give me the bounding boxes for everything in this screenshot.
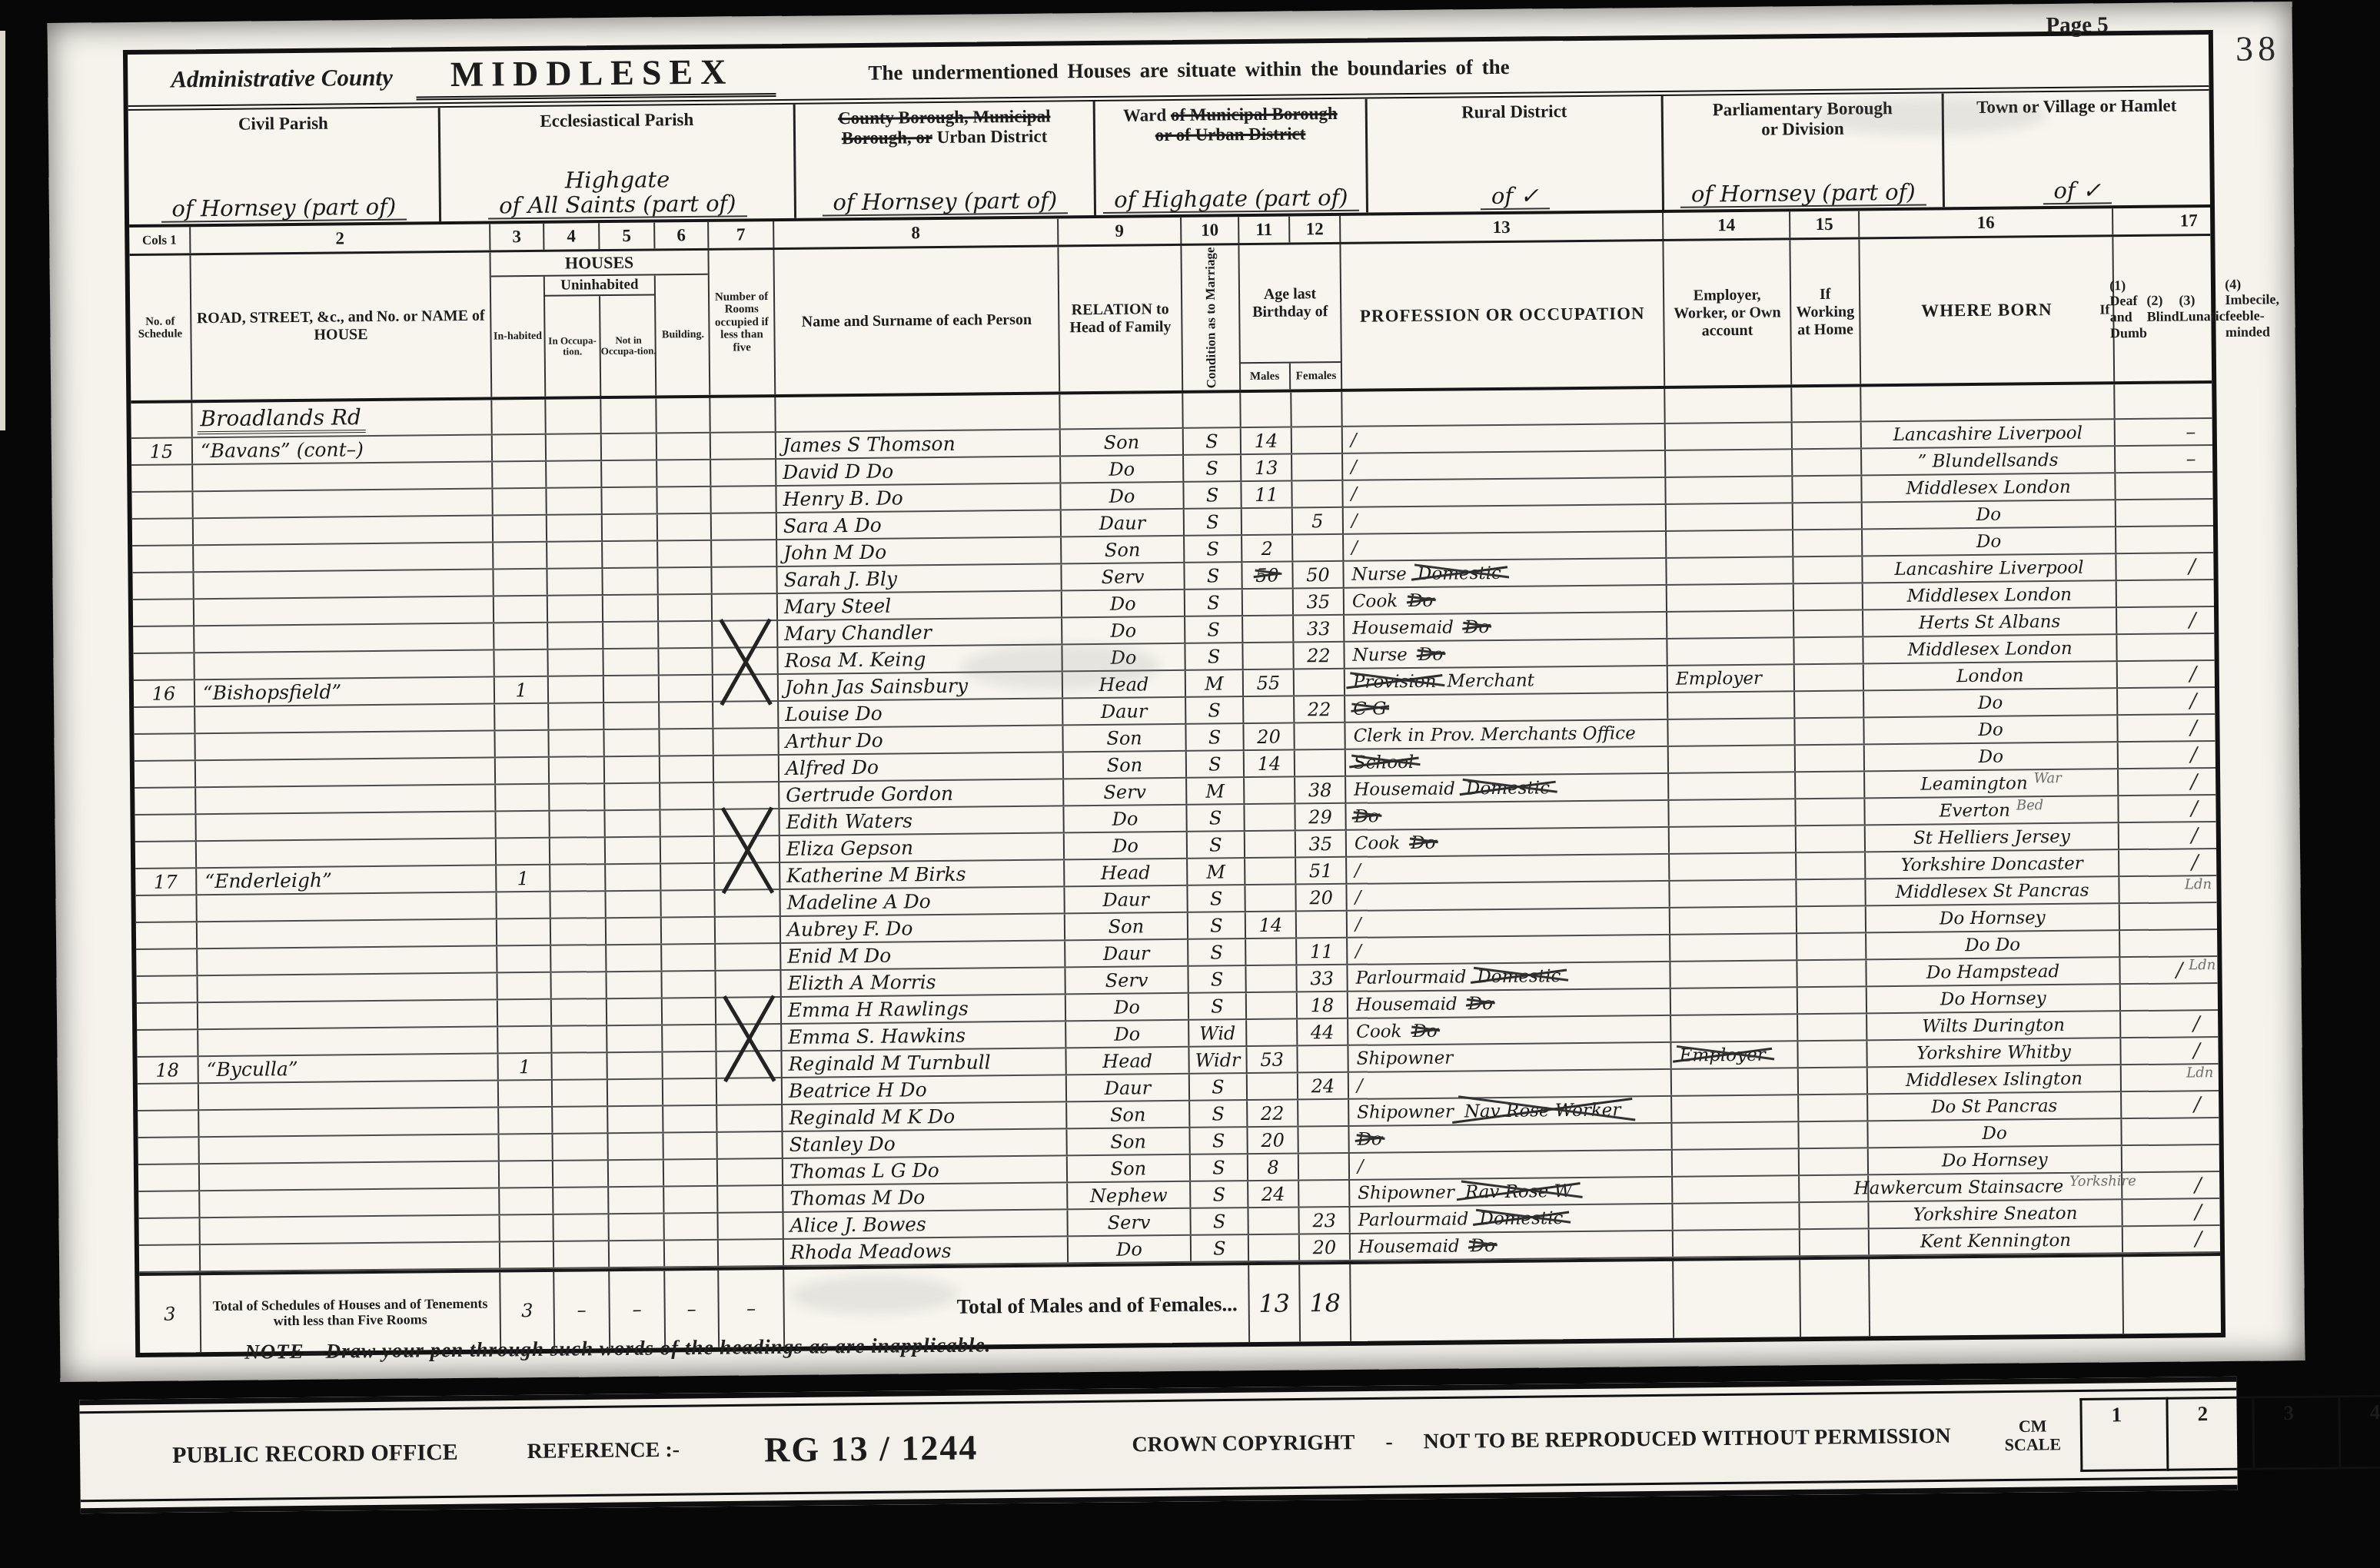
cell-house xyxy=(200,1134,500,1163)
cell-text-cond: S xyxy=(1212,1103,1225,1125)
cell-text-am: 20 xyxy=(1261,1129,1285,1151)
cell-cond: S xyxy=(1190,1128,1248,1154)
occupation-text: ∕ xyxy=(1355,941,1361,961)
cell-am xyxy=(1245,859,1296,885)
age-subcols: Males Females xyxy=(1240,361,1341,390)
cell-text-name: Edith Waters xyxy=(779,809,912,833)
where-born-text: Everton xyxy=(1940,800,2011,821)
cell-bld xyxy=(661,837,715,863)
region-label-line: or of Urban District xyxy=(1095,123,1365,145)
cell-house xyxy=(198,973,497,1002)
cell-bld xyxy=(663,998,716,1025)
scale-box-3: 3 xyxy=(2252,1395,2338,1470)
cell-text-af: 18 xyxy=(1311,995,1335,1016)
cell-rooms xyxy=(712,540,777,566)
street-row-cell-bld xyxy=(656,398,710,433)
cell-ahome xyxy=(1793,422,1862,448)
cell-af: 35 xyxy=(1296,831,1347,857)
cell-house xyxy=(198,946,497,975)
col-number-7: 7 xyxy=(709,221,774,248)
cell-sch xyxy=(136,949,198,975)
cell-text-cond: S xyxy=(1212,1184,1225,1205)
cell-uo xyxy=(551,919,607,945)
cell-ahome xyxy=(1800,1148,1869,1174)
cell-emp xyxy=(1668,692,1795,719)
infirmity-mark: Ldn xyxy=(2189,957,2215,973)
where-born-text: Do Hornsey xyxy=(1940,988,2046,1009)
cell-sch xyxy=(138,1111,199,1137)
cell-sch xyxy=(135,761,196,787)
cell-text-rel: Do xyxy=(1109,485,1135,507)
where-born-text: Kent Kennington xyxy=(1920,1230,2071,1251)
region-handwritten-value: of ✓ xyxy=(2043,178,2112,204)
cell-rel: Daur xyxy=(1065,886,1188,913)
cell-name: Katherine M Birks xyxy=(780,860,1065,889)
cell-sch xyxy=(132,546,194,572)
cell-emp xyxy=(1673,1203,1800,1230)
cell-inf: Ldn xyxy=(2119,875,2270,902)
cell-ahome xyxy=(1793,530,1863,556)
cell-am: 14 xyxy=(1246,912,1297,938)
cell-inf xyxy=(2121,983,2272,1010)
where-born-text: Middlesex London xyxy=(1906,477,2071,498)
cell-uo xyxy=(553,1134,608,1160)
cell-house xyxy=(200,1161,500,1190)
cell-text-name: Rhoda Meadows xyxy=(784,1240,952,1264)
cell-rel: Son xyxy=(1064,752,1187,779)
cell-emp: Employer xyxy=(1671,1041,1798,1068)
where-born-text: Do xyxy=(1979,746,2004,766)
cell-inf xyxy=(2117,580,2268,606)
cell-rel: Son xyxy=(1065,913,1188,940)
cell-text-rel: Serv xyxy=(1108,1211,1151,1234)
cell-name: Alice J. Bowes xyxy=(783,1210,1068,1238)
region-label-segment: Urban District xyxy=(932,126,1048,146)
cell-uo xyxy=(550,784,605,810)
cell-name: Reginald M Turnbull xyxy=(782,1048,1066,1077)
cell-inh xyxy=(499,1081,553,1107)
cell-inf: Ldn xyxy=(2122,1064,2272,1091)
cell-rel: Daur xyxy=(1062,510,1185,537)
cell-text-name: Aubrey F. Do xyxy=(781,917,913,941)
street-row-cell-inf xyxy=(2115,383,2265,418)
cell-inf: ∕ xyxy=(2122,1171,2273,1198)
cell-occ: HousemaidDo xyxy=(1351,1231,1674,1260)
cell-text-name: Enid M Do xyxy=(781,945,891,968)
region-handwritten-value: of Highgate (part of) xyxy=(1103,185,1359,214)
cell-text-af: 44 xyxy=(1311,1022,1335,1043)
cell-am xyxy=(1243,616,1294,643)
occupation-text: Nav Rose Worker xyxy=(1464,1100,1621,1121)
cell-text-rel: Son xyxy=(1104,431,1140,453)
totals-dash: – xyxy=(687,1298,696,1320)
cell-name: Madeline A Do xyxy=(780,887,1065,915)
cell-inf: ∕ xyxy=(2118,714,2269,741)
cell-am: 50 xyxy=(1242,563,1293,589)
cell-text-name: Henry B. Do xyxy=(776,487,902,510)
occupation-text: Nurse xyxy=(1351,564,1407,585)
cell-bld xyxy=(660,676,713,702)
cell-name: Emma S. Hawkins xyxy=(782,1022,1066,1050)
cell-cond: S xyxy=(1188,966,1246,992)
street-row-cell-emp xyxy=(1665,387,1792,423)
region-value-line: Highgate xyxy=(440,167,793,194)
cell-am: 24 xyxy=(1248,1181,1299,1207)
cell-text-name: Rosa M. Keing xyxy=(778,648,926,672)
region-handwritten-value: of All Saints (part of) xyxy=(488,191,747,220)
cell-rel: Son xyxy=(1062,537,1185,563)
region-label-line: Civil Parish xyxy=(128,112,438,135)
occupation-text: ∕ xyxy=(1351,483,1357,503)
cell-text-rel: Son xyxy=(1111,1158,1147,1179)
cell-house xyxy=(194,570,494,599)
cell-am xyxy=(1243,643,1294,669)
totals-males-cell: 13 xyxy=(1249,1264,1301,1342)
cell-occ: NurseDo xyxy=(1345,639,1667,668)
cell-bld xyxy=(658,514,712,540)
cell-inh xyxy=(494,516,547,542)
cell-name: Arthur Do xyxy=(779,726,1063,754)
region-label: Rural District xyxy=(1368,101,1661,123)
region-cell-4: Rural Districtof ✓ xyxy=(1368,96,1664,213)
cell-text-house: “Bavans” (cont–) xyxy=(193,438,364,462)
cell-occ: School xyxy=(1346,747,1669,776)
street-row-cell-sch xyxy=(131,403,192,437)
cell-inh: 1 xyxy=(497,865,550,892)
cell-name: Eliza Gepson xyxy=(780,833,1065,862)
cell-born: Do St Pancras xyxy=(1868,1092,2122,1120)
cell-am xyxy=(1248,1208,1299,1234)
occupation-text: Clerk in Prov. Merchants Office xyxy=(1353,723,1635,746)
cell-ahome xyxy=(1796,745,1865,771)
cell-bld xyxy=(660,756,714,782)
cell-inf xyxy=(2116,526,2267,553)
cell-occ: HousemaidDo xyxy=(1345,613,1667,641)
cell-rel: Do xyxy=(1069,1236,1192,1263)
cell-inh xyxy=(497,919,551,945)
cell-born: Do xyxy=(1865,742,2119,770)
cell-cond: S xyxy=(1184,455,1242,481)
col-infirmity-header: If(1) Deaf and Dumb(2) Blind(3) Lunatic(… xyxy=(2113,235,2265,381)
cell-rel: Serv xyxy=(1068,1209,1191,1236)
cell-text-rel: Do xyxy=(1114,996,1140,1018)
record-office-label: PUBLIC RECORD OFFICE xyxy=(172,1440,458,1469)
cell-rel: Do xyxy=(1066,994,1189,1021)
cell-emp xyxy=(1666,423,1793,450)
cell-name: Aubrey F. Do xyxy=(781,914,1065,942)
where-born-text: Middlesex St Pancras xyxy=(1896,880,2089,902)
where-born-text: Do xyxy=(1976,504,2002,524)
cell-born: Yorkshire Sneaton xyxy=(1869,1200,2122,1227)
cell-uo xyxy=(547,488,602,514)
where-born-pencil-note: War xyxy=(2033,770,2061,786)
cell-born: Lancashire Liverpool xyxy=(1863,554,2116,582)
cell-text-af: 22 xyxy=(1308,699,1331,720)
totals-empty-emp xyxy=(1674,1260,1801,1338)
region-label-line: Ecclesiastical Parish xyxy=(440,109,793,132)
infirmity-item: (4) Imbecile, feeble-minded xyxy=(2225,276,2279,340)
cell-born: Do xyxy=(1864,716,2118,743)
cell-text-rel: Son xyxy=(1107,754,1143,776)
cell-un xyxy=(602,460,657,487)
region-values: of Highgate (part of) xyxy=(1096,185,1366,214)
cell-am xyxy=(1244,697,1295,723)
cell-inf: ∕ xyxy=(2116,553,2267,580)
col-number-3: 3 xyxy=(490,224,544,251)
cell-text-cond: S xyxy=(1212,1076,1225,1098)
uninhabited-subcols: In Occupa-tion. Not in Occupa-tion. xyxy=(545,295,655,396)
cell-sch xyxy=(139,1245,201,1271)
cell-text-am: 24 xyxy=(1261,1183,1285,1204)
where-born-text: Do xyxy=(1976,531,2002,551)
cell-af: 23 xyxy=(1299,1208,1350,1234)
region-value-line: of All Saints (part of) xyxy=(441,191,794,220)
col-relation-header: RELATION to Head of Family xyxy=(1059,246,1183,392)
occupation-text: Housemaid xyxy=(1354,779,1455,799)
where-born-text: Wilts Durington xyxy=(1922,1015,2065,1036)
where-born-text: Do xyxy=(1978,693,2003,713)
cell-rooms xyxy=(718,1186,783,1212)
region-label: Ecclesiastical Parish xyxy=(440,109,793,132)
cell-text-cond: S xyxy=(1205,430,1218,452)
cell-house xyxy=(197,892,497,921)
occupation-text: ∕ xyxy=(1355,914,1361,934)
cell-uo xyxy=(551,972,607,998)
occupation-text: Do xyxy=(1357,1129,1382,1149)
occupation-text: Provision xyxy=(1353,671,1437,692)
cell-text-af: 23 xyxy=(1312,1210,1336,1231)
cell-bld xyxy=(657,434,711,460)
cell-cond: S xyxy=(1185,563,1242,589)
cell-born: Kent Kennington xyxy=(1870,1227,2123,1254)
cell-am xyxy=(1249,1234,1300,1261)
cell-house xyxy=(193,490,493,518)
cell-sch: 17 xyxy=(135,869,197,895)
cell-text-rel: Do xyxy=(1112,808,1138,829)
cell-sch xyxy=(136,922,198,948)
cell-rel: Do xyxy=(1065,832,1188,859)
infirmity-mark: – xyxy=(2186,420,2196,443)
region-cell-3: Ward of Municipal Boroughor of Urban Dis… xyxy=(1095,99,1368,215)
street-row-cell-cond xyxy=(1183,393,1241,427)
cell-af xyxy=(1292,427,1343,453)
cell-uo xyxy=(547,461,602,487)
cell-cond: S xyxy=(1190,1101,1248,1127)
cell-occ: C G xyxy=(1345,693,1668,722)
cell-inh xyxy=(495,704,549,730)
cell-text-af: 38 xyxy=(1308,779,1332,801)
cell-text-cond: S xyxy=(1208,753,1222,775)
occupation-text: ∕ xyxy=(1358,1156,1364,1176)
occupation-text: Cook xyxy=(1355,833,1400,854)
cell-uo xyxy=(551,945,607,972)
cell-uo xyxy=(547,515,603,541)
cell-inh xyxy=(493,462,547,488)
cell-text-rel: Do xyxy=(1110,593,1136,614)
region-handwritten-value: of Hornsey (part of) xyxy=(1680,180,1926,208)
cell-am: 20 xyxy=(1248,1127,1298,1153)
infirmity-mark: ∕ xyxy=(2194,1093,2201,1116)
cell-text-name: Louise Do xyxy=(779,703,883,726)
cell-un xyxy=(603,649,659,675)
cell-rooms xyxy=(711,460,776,486)
totals-males-value: 13 xyxy=(1258,1289,1290,1318)
cell-sch xyxy=(136,976,198,1002)
cell-bld xyxy=(658,568,712,594)
col-age-group-header: Age last Birthday of Males Females xyxy=(1239,244,1342,390)
cell-occ: Do xyxy=(1346,801,1669,829)
cell-name: James S Thomson xyxy=(776,430,1061,458)
cell-house xyxy=(196,812,496,840)
cell-text-cond: S xyxy=(1210,915,1223,936)
infirmity-mark: – xyxy=(2186,447,2196,470)
occupation-text: Cook xyxy=(1356,1022,1401,1042)
occupation-text: Housemaid xyxy=(1352,617,1454,638)
totals-dash: – xyxy=(577,1299,587,1321)
occupation-text: Do xyxy=(1464,617,1490,637)
cell-af: 20 xyxy=(1300,1234,1351,1261)
cell-ahome xyxy=(1800,1229,1870,1255)
occupation-text: Do xyxy=(1418,644,1444,664)
cell-inf xyxy=(2120,902,2271,929)
cell-born: St Helliers Jersey xyxy=(1866,823,2119,851)
occupation-text: Shipowner xyxy=(1357,1101,1454,1122)
film-frame-number: 38 xyxy=(2235,28,2281,69)
cell-rooms xyxy=(716,971,781,997)
age-group-label: Age last Birthday of xyxy=(1239,244,1340,362)
cell-cond: S xyxy=(1188,885,1245,912)
cell-am: 11 xyxy=(1242,482,1292,508)
cell-sch xyxy=(134,734,195,760)
col-houses-group-header: HOUSES In-habited Uninhabited In Occupa-… xyxy=(490,251,710,397)
cell-text-cond: Wid xyxy=(1199,1022,1236,1044)
cell-uo xyxy=(553,1080,608,1106)
cell-sch xyxy=(133,626,194,653)
cell-bld xyxy=(662,972,716,998)
cell-am xyxy=(1245,805,1295,831)
occupation-text: C G xyxy=(1353,699,1387,719)
cell-name: Henry B. Do xyxy=(776,483,1061,512)
cell-text-rel: Daur xyxy=(1099,512,1146,534)
cell-born: Middlesex London xyxy=(1863,581,2117,609)
cell-text-house: “Byculla” xyxy=(199,1058,298,1081)
cell-born: EvertonBed xyxy=(1865,796,2119,824)
cell-text-name: Emma S. Hawkins xyxy=(782,1025,966,1048)
region-values: of ✓ xyxy=(1945,178,2210,206)
cell-sch xyxy=(135,895,197,922)
cell-text-rel: Son xyxy=(1110,1104,1146,1125)
cell-bld xyxy=(664,1160,718,1186)
where-born-text: Yorkshire Doncaster xyxy=(1900,853,2082,875)
col-number-5: 5 xyxy=(600,222,655,249)
col-schedule-header: No. of Schedule xyxy=(129,255,192,400)
cell-inh xyxy=(500,1215,554,1241)
infirmity-mark: ∕ xyxy=(2189,609,2196,632)
cell-sch xyxy=(138,1164,200,1191)
cell-name: Enid M Do xyxy=(781,941,1065,969)
cell-text-name: Elizth A Morris xyxy=(781,971,936,995)
cell-inf: ∕ xyxy=(2122,1091,2272,1118)
cell-uo xyxy=(550,757,605,783)
column-header-row: No. of Schedule ROAD, STREET, &c., and N… xyxy=(129,236,2212,404)
cell-ahome xyxy=(1794,610,1863,636)
cell-inf: ∕ xyxy=(2117,606,2268,633)
cell-text-name: Mary Steel xyxy=(778,595,892,618)
cell-am: 53 xyxy=(1247,1047,1298,1073)
cell-un xyxy=(608,1079,663,1105)
cell-text-sch: 15 xyxy=(150,440,174,462)
employer-text: Employer xyxy=(1676,668,1762,689)
occupation-text: ∕ xyxy=(1351,430,1357,450)
cell-am xyxy=(1245,885,1296,912)
cell-un xyxy=(607,1052,663,1078)
cell-emp xyxy=(1674,1230,1800,1257)
cell-house xyxy=(195,705,495,733)
region-label-line: County Borough, Municipal xyxy=(796,106,1093,128)
street-row-cell-af xyxy=(1291,392,1342,427)
cell-house xyxy=(196,759,496,787)
cell-rel: Daur xyxy=(1065,940,1188,967)
cell-un xyxy=(610,1241,665,1267)
cell-text-sch: 18 xyxy=(155,1059,179,1081)
street-row-cell-ahome xyxy=(1792,387,1861,421)
scale-box-1: 1 xyxy=(2079,1397,2166,1472)
cell-am xyxy=(1248,1073,1298,1099)
totals-empty-ahome xyxy=(1800,1259,1870,1337)
cell-occ: ∕ xyxy=(1347,882,1670,910)
cell-cond: S xyxy=(1185,509,1242,535)
cell-cond: S xyxy=(1186,697,1244,723)
cell-un xyxy=(605,810,660,836)
cell-ahome xyxy=(1793,503,1863,529)
cell-inh xyxy=(493,489,547,515)
cell-text-am: 14 xyxy=(1254,430,1278,451)
cell-text-cond: S xyxy=(1207,619,1220,640)
cell-text-rel: Do xyxy=(1110,620,1136,641)
cell-text-house: “Bishopsfield” xyxy=(195,680,341,704)
cell-sch: 18 xyxy=(138,1057,199,1083)
cell-text-cond: S xyxy=(1209,807,1222,829)
cell-sch xyxy=(137,1030,198,1056)
cell-born: Wilts Durington xyxy=(1867,1012,2121,1039)
totals-empty-occ xyxy=(1351,1261,1674,1341)
cell-text-name: James S Thomson xyxy=(776,433,956,457)
infirmity-mark: ∕ xyxy=(2192,851,2199,874)
cell-text-inh: 1 xyxy=(519,1056,531,1078)
cell-un xyxy=(603,595,659,621)
cell-cond: M xyxy=(1188,859,1245,885)
cell-text-af: 50 xyxy=(1306,564,1330,586)
region-cell-1: Ecclesiastical ParishHighgateof All Sain… xyxy=(440,105,796,221)
cell-bld xyxy=(660,729,713,756)
cell-ahome xyxy=(1798,1041,1867,1067)
region-cell-2: County Borough, MunicipalBorough, or Urb… xyxy=(796,101,1096,218)
cell-emp xyxy=(1672,1122,1799,1149)
cell-inh xyxy=(499,1134,553,1161)
cell-occ: NurseDomestic xyxy=(1344,559,1667,587)
occupation-text: ∕ xyxy=(1355,860,1361,880)
cell-rooms xyxy=(714,782,779,809)
cell-text-rel: Son xyxy=(1105,539,1141,560)
cell-born: Do xyxy=(1868,1119,2122,1147)
totals-females-cell: 18 xyxy=(1300,1264,1351,1342)
cell-cond: S xyxy=(1187,751,1245,777)
cell-born: Middlesex London xyxy=(1862,473,2116,501)
where-born-text: Yorkshire Whitby xyxy=(1916,1041,2071,1063)
occupation-text: Housemaid xyxy=(1356,994,1458,1015)
cell-house xyxy=(201,1242,500,1271)
cell-un xyxy=(606,891,661,917)
